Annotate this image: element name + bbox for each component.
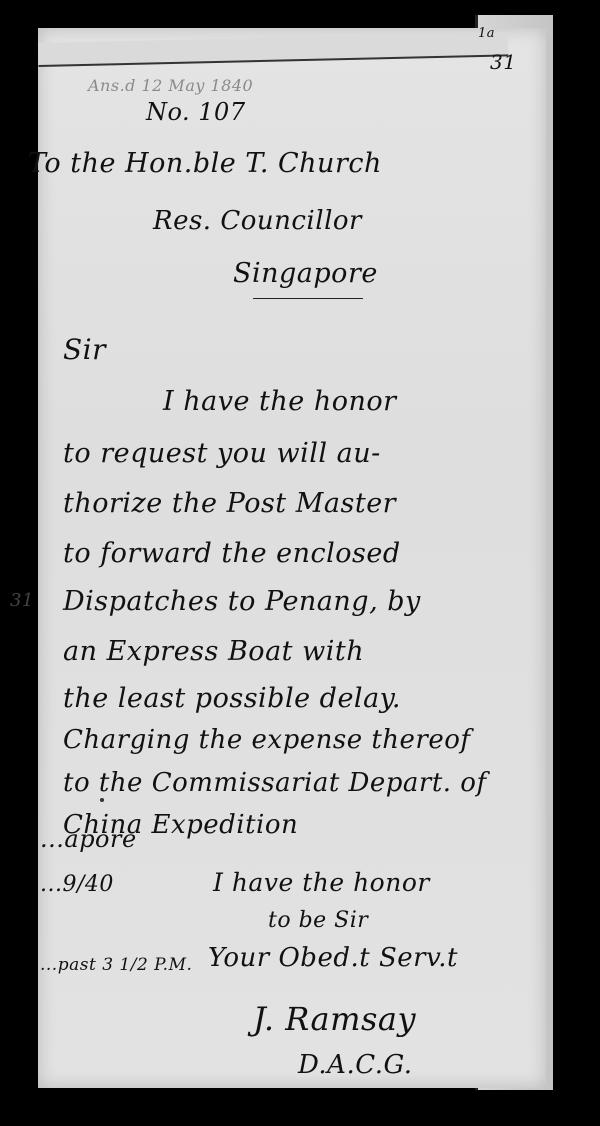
left-margin-note: ...9/40: [40, 872, 114, 897]
body-line: an Express Boat with: [63, 636, 364, 667]
closing-line-3: Your Obed.t Serv.t: [208, 943, 458, 973]
letter-number: No. 107: [146, 98, 246, 126]
left-margin-note: ...apore: [40, 825, 137, 853]
addressee-line-1: To the Hon.ble T. Church: [28, 148, 382, 179]
closing-line-2: to be Sir: [268, 908, 368, 933]
ink-spot: [100, 798, 104, 802]
body-line: Dispatches to Penang, by: [63, 586, 421, 617]
top-right-mark: 1a: [478, 26, 495, 41]
letter-page: 1a 31 Ans.d 12 May 1840 No. 107 To the H…: [38, 28, 546, 1088]
closing-line-1: I have the honor: [213, 868, 430, 897]
addressee-line-2: Res. Councillor: [153, 206, 362, 236]
body-line: the least possible delay.: [63, 683, 401, 714]
body-line: Charging the expense thereof: [63, 725, 471, 755]
signature-title: D.A.C.G.: [298, 1050, 413, 1080]
addressee-line-3: Singapore: [233, 258, 378, 289]
underline: [253, 298, 363, 299]
body-line: thorize the Post Master: [63, 488, 396, 519]
body-line: to the Commissariat Depart. of: [63, 768, 487, 798]
body-line: to request you will au-: [63, 438, 381, 469]
salutation: Sir: [63, 333, 106, 366]
folio-number: 31: [490, 50, 516, 74]
folded-top-edge: [38, 32, 508, 67]
pencil-annotation: Ans.d 12 May 1840: [88, 76, 253, 95]
body-line: to forward the enclosed: [63, 538, 401, 569]
signature-name: J. Ramsay: [253, 1000, 416, 1038]
margin-number: 31: [10, 590, 34, 611]
left-margin-note: ...past 3 1/2 P.M.: [40, 955, 192, 975]
body-line: I have the honor: [163, 386, 397, 417]
